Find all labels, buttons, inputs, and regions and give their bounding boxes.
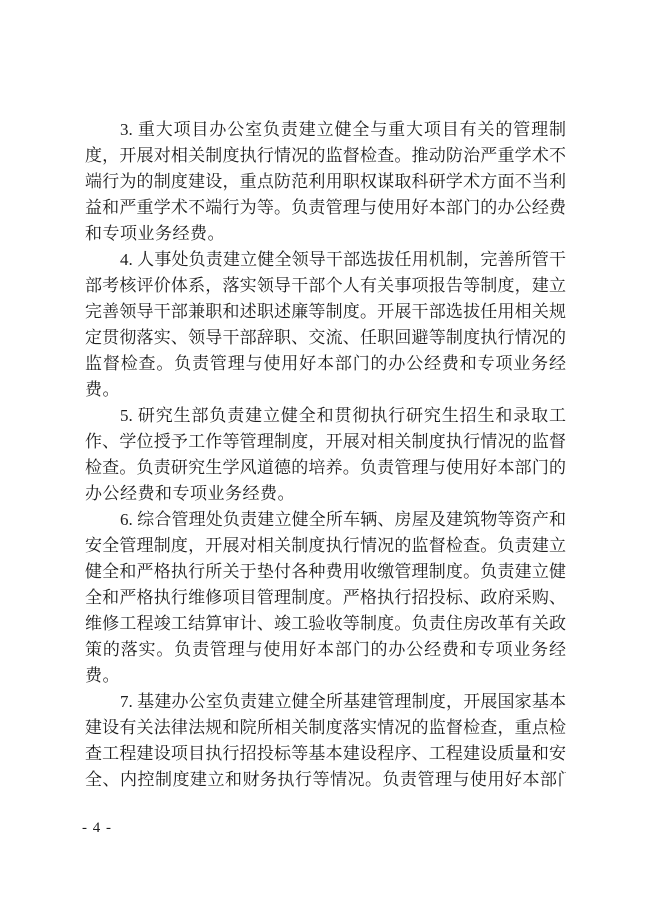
text-line: 3. 重大项目办公室负责建立健全与重大项目有关的管理制 — [85, 117, 566, 143]
text-line: 5. 研究生部负责建立健全和贯彻执行研究生招生和录取工 — [85, 403, 566, 429]
text-line: 监督检查。负责管理与使用好本部门的办公经费和专项业务经 — [85, 351, 566, 377]
text-line: 端行为的制度建设，重点防范利用职权谋取科研学术方面不当利 — [85, 169, 566, 195]
text-line: 度，开展对相关制度执行情况的监督检查。推动防治严重学术不 — [85, 143, 566, 169]
text-line: 全、内控制度建立和财务执行等情况。负责管理与使用好本部门 — [85, 767, 566, 793]
paragraph-6: 6. 综合管理处负责建立健全所车辆、房屋及建筑物等资产和安全管理制度，开展对相关… — [85, 507, 566, 689]
text-line: 费。 — [85, 663, 566, 689]
text-line: 作、学位授予工作等管理制度，开展对相关制度执行情况的监督 — [85, 429, 566, 455]
document-page: 3. 重大项目办公室负责建立健全与重大项目有关的管理制度，开展对相关制度执行情况… — [0, 0, 650, 919]
text-line: 健全和严格执行所关于垫付各种费用收缴管理制度。负责建立健 — [85, 559, 566, 585]
text-block: 3. 重大项目办公室负责建立健全与重大项目有关的管理制度，开展对相关制度执行情况… — [85, 117, 566, 793]
paragraph-5: 5. 研究生部负责建立健全和贯彻执行研究生招生和录取工作、学位授予工作等管理制度… — [85, 403, 566, 507]
text-line: 建设有关法律法规和院所相关制度落实情况的监督检查，重点检 — [85, 715, 566, 741]
text-line: 安全管理制度，开展对相关制度执行情况的监督检查。负责建立 — [85, 533, 566, 559]
text-line: 定贯彻落实、领导干部辞职、交流、任职回避等制度执行情况的 — [85, 325, 566, 351]
text-line: 费。 — [85, 377, 566, 403]
text-line: 益和严重学术不端行为等。负责管理与使用好本部门的办公经费 — [85, 195, 566, 221]
text-line: 维修工程竣工结算审计、竣工验收等制度。负责住房改革有关政 — [85, 611, 566, 637]
text-line: 策的落实。负责管理与使用好本部门的办公经费和专项业务经 — [85, 637, 566, 663]
paragraph-3: 3. 重大项目办公室负责建立健全与重大项目有关的管理制度，开展对相关制度执行情况… — [85, 117, 566, 247]
paragraph-7: 7. 基建办公室负责建立健全所基建管理制度，开展国家基本建设有关法律法规和院所相… — [85, 689, 566, 793]
text-line: 查工程建设项目执行招投标等基本建设程序、工程建设质量和安 — [85, 741, 566, 767]
text-line: 4. 人事处负责建立健全领导干部选拔任用机制，完善所管干 — [85, 247, 566, 273]
paragraph-4: 4. 人事处负责建立健全领导干部选拔任用机制，完善所管干部考核评价体系，落实领导… — [85, 247, 566, 403]
text-line: 办公经费和专项业务经费。 — [85, 481, 566, 507]
page-number: - 4 - — [82, 820, 112, 837]
text-line: 完善领导干部兼职和述职述廉等制度。开展干部选拔任用相关规 — [85, 299, 566, 325]
text-line: 全和严格执行维修项目管理制度。严格执行招投标、政府采购、 — [85, 585, 566, 611]
text-line: 和专项业务经费。 — [85, 221, 566, 247]
text-line: 检查。负责研究生学风道德的培养。负责管理与使用好本部门的 — [85, 455, 566, 481]
text-line: 6. 综合管理处负责建立健全所车辆、房屋及建筑物等资产和 — [85, 507, 566, 533]
text-line: 7. 基建办公室负责建立健全所基建管理制度，开展国家基本 — [85, 689, 566, 715]
text-line: 部考核评价体系，落实领导干部个人有关事项报告等制度，建立 — [85, 273, 566, 299]
